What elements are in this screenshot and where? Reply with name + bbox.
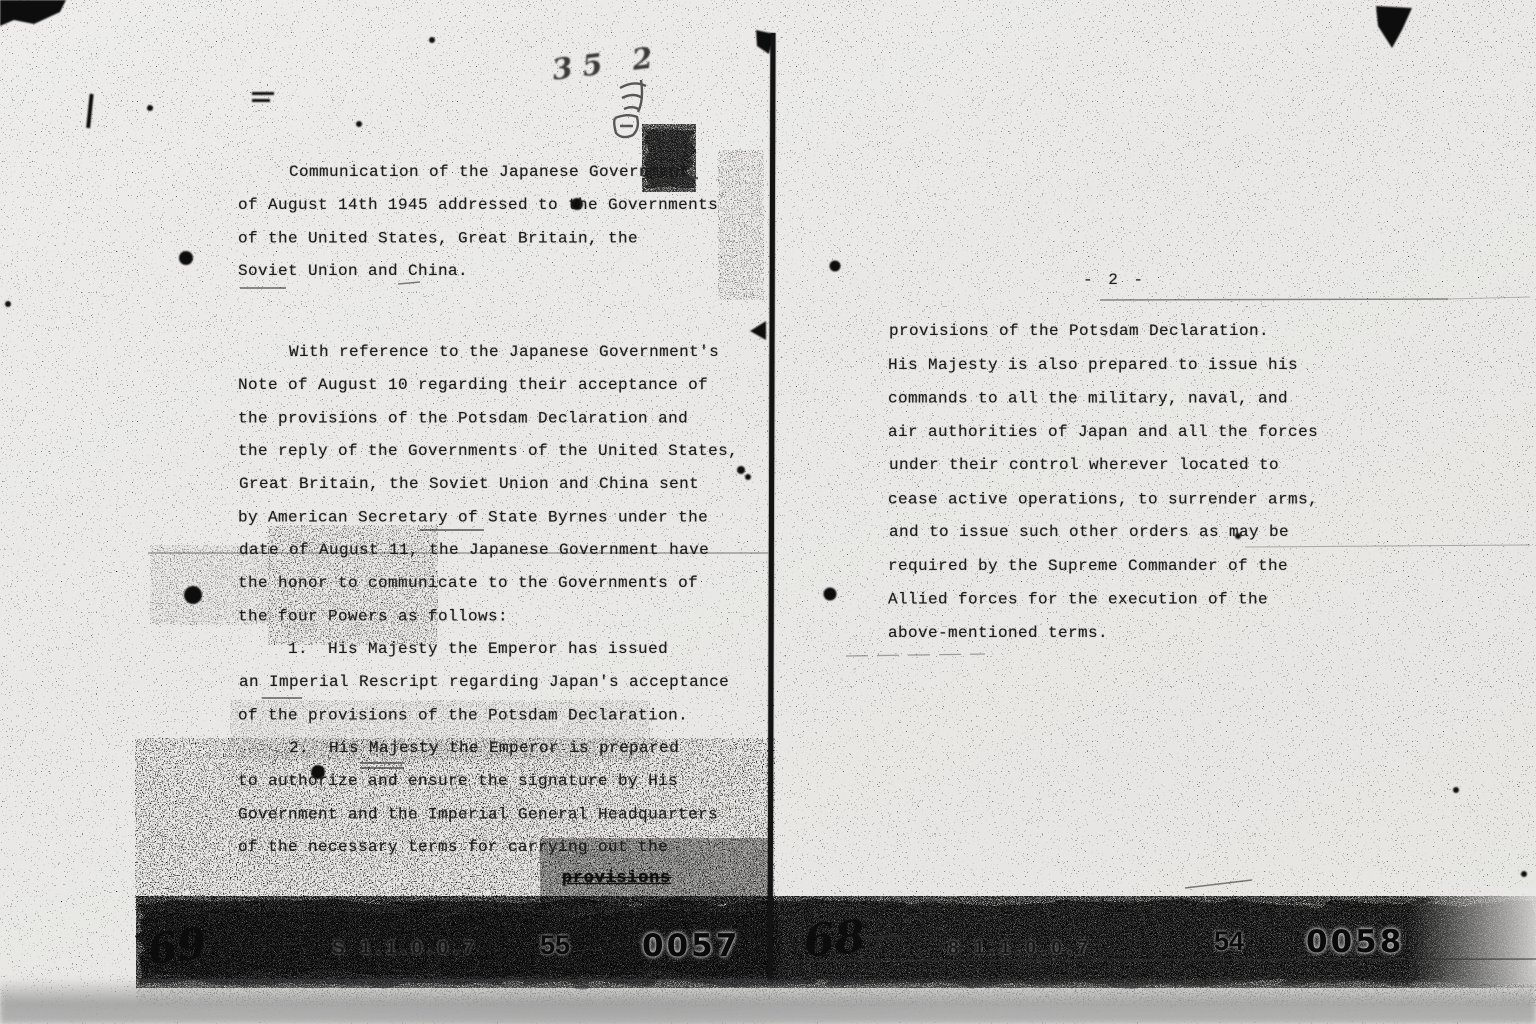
text-line: 1. His Majesty the Emperor has issued [238, 633, 738, 666]
page-number-label: - 2 - [1083, 271, 1146, 289]
frame-number-right: 54 [1214, 926, 1244, 957]
text-line: Government and the Imperial General Head… [238, 799, 738, 832]
heading-line: of the United States, Great Britain, the [238, 223, 718, 256]
handwritten-top-annotation: 35 2 [550, 39, 664, 86]
text-line: to authorize and ensure the signature by… [238, 765, 738, 798]
text-line: the reply of the Governments of the Unit… [238, 435, 738, 468]
text-line: of the necessary terms for carrying out … [238, 831, 738, 864]
text-line: commands to all the military, naval, and [888, 383, 1318, 417]
handwritten-kanji-scribble [614, 80, 646, 137]
text-line: Great Britain, the Soviet Union and Chin… [239, 468, 739, 501]
text-line: the provisions of the Potsdam Declaratio… [238, 403, 738, 436]
heading-line: of August 14th 1945 addressed to the Gov… [238, 189, 718, 222]
text-line: Allied forces for the execution of the [888, 584, 1318, 618]
serial-number-left: 0057 [642, 928, 740, 964]
bottom-blur-strip [0, 978, 1536, 1024]
text-line: provisions of the Potsdam Declaration. [889, 315, 1319, 349]
text-line: required by the Supreme Commander of the [888, 550, 1318, 584]
archive-stamp-right: 8 1.1.0.0.7 [948, 938, 1093, 960]
right-page-body: provisions of the Potsdam Declaration. H… [888, 315, 1318, 650]
text-line: under their control wherever located to [889, 449, 1319, 483]
serial-number-right: 0058 [1306, 924, 1404, 960]
document-scan: 35 2 Communication of the Japanese Gover… [0, 0, 1536, 1024]
handwritten-page-number-left: 69 [145, 919, 209, 975]
text-line: of the provisions of the Potsdam Declara… [238, 700, 738, 733]
archive-stamp-left: S 1.1.0.0.7 [332, 938, 479, 960]
heading-line: Communication of the Japanese Government [239, 156, 719, 189]
text-line: above-mentioned terms. [888, 617, 1318, 651]
text-line: the four Powers as follows: [238, 601, 738, 634]
left-page-body: With reference to the Japanese Governmen… [238, 336, 738, 864]
text-line: 2. His Majesty the Emperor is prepared [239, 732, 739, 765]
frame-number-left: 55 [540, 930, 570, 961]
text-line: date of August 11, the Japanese Governme… [239, 534, 739, 567]
left-page-heading: Communication of the Japanese Government… [238, 156, 718, 288]
text-line: His Majesty is also prepared to issue hi… [888, 349, 1318, 383]
page-divider-line [768, 33, 776, 980]
heading-line: Soviet Union and China. [238, 255, 718, 288]
text-line: by American Secretary of State Byrnes un… [238, 502, 738, 535]
text-line: the honor to communicate to the Governme… [238, 567, 738, 600]
text-line: cease active operations, to surrender ar… [888, 483, 1318, 516]
text-line: air authorities of Japan and all the for… [888, 416, 1318, 450]
text-line: With reference to the Japanese Governmen… [239, 336, 739, 369]
handwritten-page-number-right: 68 [802, 911, 867, 967]
bottom-smudge [220, 996, 980, 1024]
catchword-provisions: provisions [562, 868, 671, 887]
text-line: Note of August 10 regarding their accept… [238, 369, 738, 402]
text-line: and to issue such other orders as may be [889, 516, 1319, 550]
text-line: an Imperial Rescript regarding Japan's a… [239, 666, 739, 699]
